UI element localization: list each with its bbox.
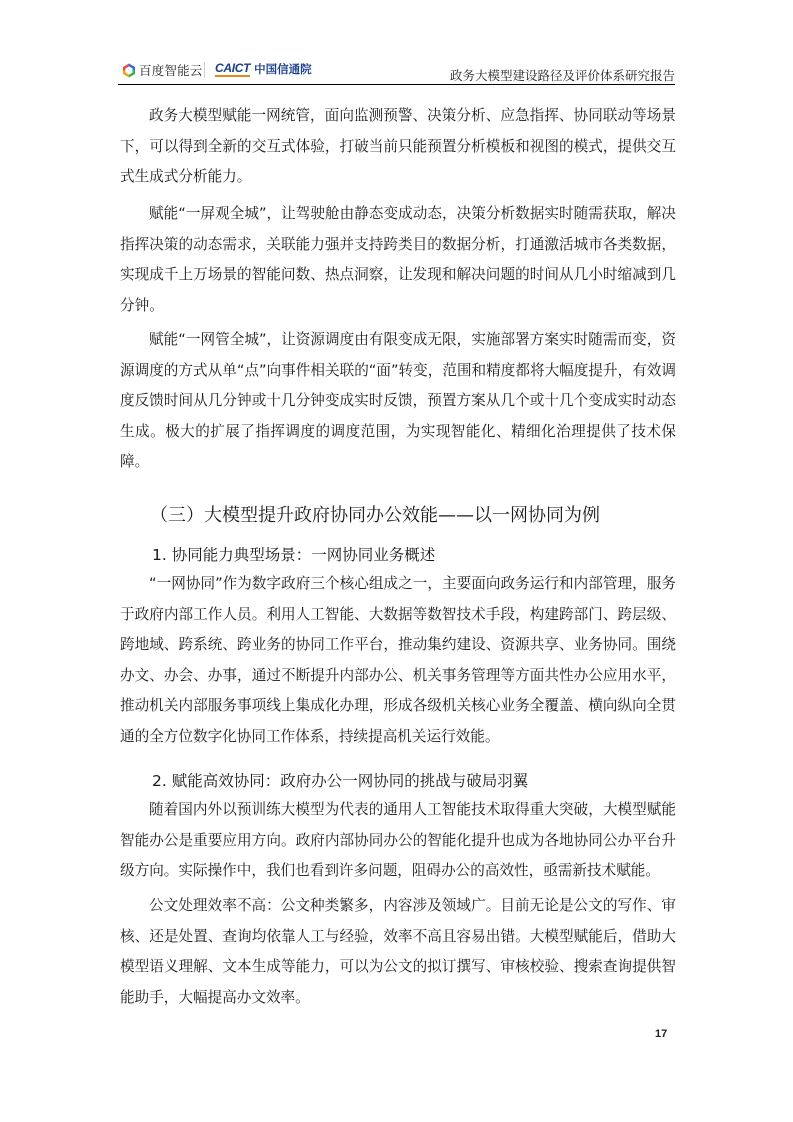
caict-logo-chinese: 中国信通院	[254, 61, 312, 77]
caict-logo-word: CAICT	[215, 62, 250, 77]
paragraph: “一网协同”作为数字政府三个核心组成之一，主要面向政务运行和内部管理，服务于政府…	[120, 569, 676, 752]
page-number: 17	[655, 1028, 667, 1040]
baidu-cloud-hexagon-icon	[122, 63, 136, 78]
header-divider	[118, 84, 675, 85]
subsection-heading-1: 1. 协同能力典型场景：一网协同业务概述	[152, 543, 435, 565]
document-title: 政务大模型建设路径及评价体系研究报告	[450, 66, 675, 84]
subsection-heading-2: 2. 赋能高效协同：政府办公一网协同的挑战与破局羽翼	[152, 769, 528, 791]
baidu-logo-text: 百度智能云	[139, 61, 203, 79]
paragraph: 随着国内外以预训练大模型为代表的通用人工智能技术取得重大突破，大模型赋能智能办公…	[120, 795, 676, 887]
paragraph: 赋能“一网管全城”，让资源调度由有限变成无限，实施部署方案实时随需而变，资源调度…	[120, 325, 676, 478]
caict-logo: CAICT 中国信通院	[215, 61, 312, 77]
logo-divider	[204, 62, 205, 78]
paragraph: 赋能“一屏观全城”，让驾驶舱由静态变成动态，决策分析数据实时随需获取，解决指挥决…	[120, 199, 676, 321]
page-header: 百度智能云 CAICT 中国信通院 政务大模型建设路径及评价体系研究报告	[118, 58, 675, 84]
section-heading: （三）大模型提升政府协同办公效能——以一网协同为例	[150, 501, 600, 527]
baidu-ai-cloud-logo: 百度智能云	[122, 61, 203, 79]
paragraph: 公文处理效率不高：公文种类繁多，内容涉及领域广。目前无论是公文的写作、审核、还是…	[120, 891, 676, 1013]
paragraph: 政务大模型赋能一网统管，面向监测预警、决策分析、应急指挥、协同联动等场景下，可以…	[120, 101, 676, 193]
